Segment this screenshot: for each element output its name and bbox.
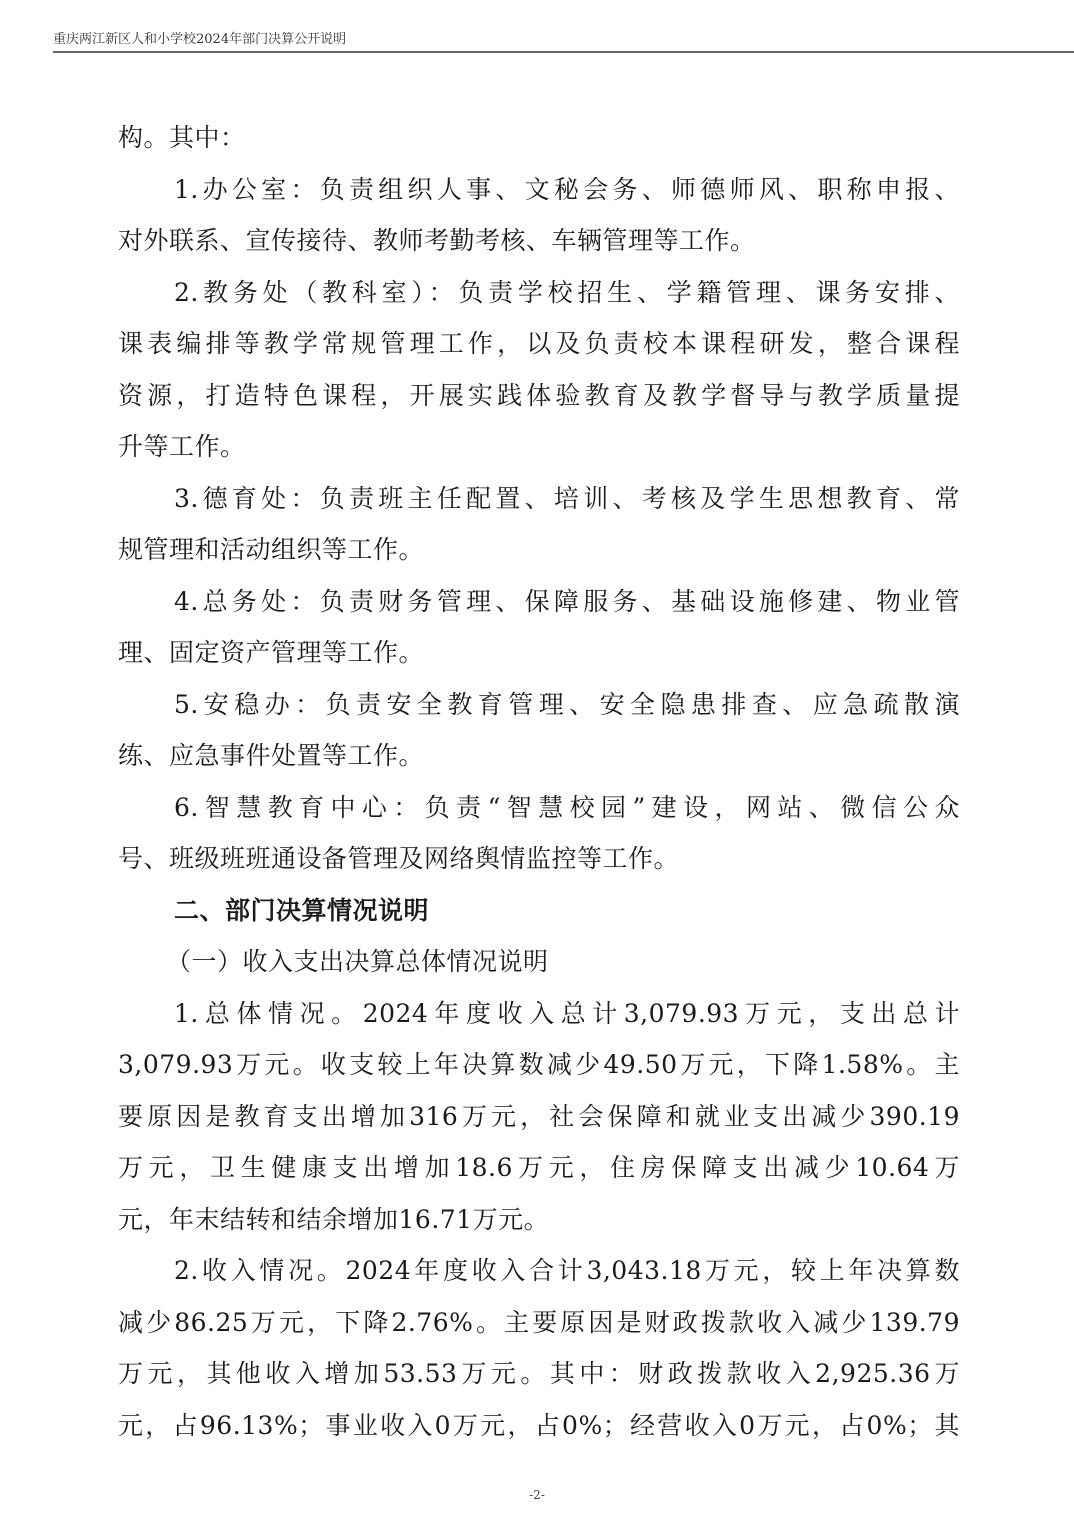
paragraph-line: 对外联系、宣传接待、教师考勤考核、车辆管理等工作。 (118, 215, 960, 267)
paragraph-line: 课表编排等教学常规管理工作，以及负责校本课程研发，整合课程 (118, 318, 960, 370)
paragraph-line: 5.安稳办：负责安全教育管理、安全隐患排查、应急疏散演 (118, 679, 960, 731)
paragraph-line: 理、固定资产管理等工作。 (118, 627, 960, 679)
paragraph-line: 构。其中： (118, 112, 960, 164)
paragraph-line: 2.教务处（教科室）：负责学校招生、学籍管理、课务安排、 (118, 267, 960, 319)
paragraph-line: 减少86.25万元，下降2.76%。主要原因是财政拨款收入减少139.79 (118, 1297, 960, 1349)
paragraph-line: 元，占96.13%；事业收入0万元，占0%；经营收入0万元，占0%；其 (118, 1400, 960, 1452)
paragraph-line: 万元，其他收入增加53.53万元。其中：财政拨款收入2,925.36万 (118, 1348, 960, 1400)
paragraph-line: 万元，卫生健康支出增加18.6万元，住房保障支出减少10.64万 (118, 1142, 960, 1194)
paragraph-line: 1.总体情况。2024年度收入总计3,079.93万元，支出总计 (118, 988, 960, 1040)
paragraph-line: 练、应急事件处置等工作。 (118, 730, 960, 782)
paragraph-line: 规管理和活动组织等工作。 (118, 524, 960, 576)
paragraph-line: 资源，打造特色课程，开展实践体验教育及教学督导与教学质量提 (118, 370, 960, 422)
paragraph-line: 号、班级班班通设备管理及网络舆情监控等工作。 (118, 833, 960, 885)
section-heading: 二、部门决算情况说明 (118, 885, 960, 937)
page-number: -2- (0, 1488, 1074, 1502)
document-body: 构。其中： 1.办公室：负责组织人事、文秘会务、师德师风、职称申报、 对外联系、… (118, 112, 960, 1451)
paragraph-line: 3.德育处：负责班主任配置、培训、考核及学生思想教育、常 (118, 473, 960, 525)
paragraph-line: 元，年末结转和结余增加16.71万元。 (118, 1194, 960, 1246)
subsection-heading: （一）收入支出决算总体情况说明 (118, 936, 960, 988)
paragraph-line: 4.总务处：负责财务管理、保障服务、基础设施修建、物业管 (118, 576, 960, 628)
paragraph-line: 2.收入情况。2024年度收入合计3,043.18万元，较上年决算数 (118, 1245, 960, 1297)
paragraph-line: 升等工作。 (118, 421, 960, 473)
header-divider (53, 51, 1074, 53)
running-header: 重庆两江新区人和小学校2024年部门决算公开说明 (53, 28, 1074, 47)
paragraph-line: 6.智慧教育中心：负责“智慧校园”建设，网站、微信公众 (118, 782, 960, 834)
paragraph-line: 1.办公室：负责组织人事、文秘会务、师德师风、职称申报、 (118, 164, 960, 216)
paragraph-line: 要原因是教育支出增加316万元，社会保障和就业支出减少390.19 (118, 1091, 960, 1143)
paragraph-line: 3,079.93万元。收支较上年决算数减少49.50万元，下降1.58%。主 (118, 1039, 960, 1091)
